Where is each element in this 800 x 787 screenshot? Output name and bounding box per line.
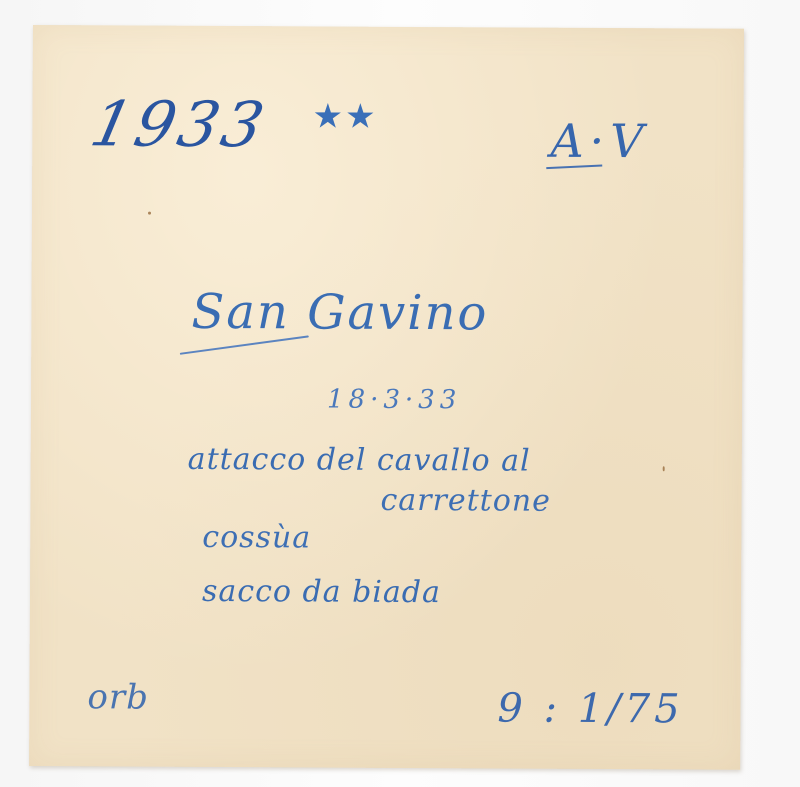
scan-background: 1933 ★★ A·V San Gavino 18·3·33 attacco d…: [0, 0, 800, 787]
initials: A·V: [550, 114, 649, 169]
code-left: orb: [87, 677, 149, 717]
paper-speck: [148, 212, 151, 215]
year-heading: 1933: [85, 87, 275, 161]
place-name: San Gavino: [191, 284, 488, 342]
description-line-2: carrettone: [380, 483, 551, 519]
index-card: 1933 ★★ A·V San Gavino 18·3·33 attacco d…: [29, 25, 744, 770]
description-line-1: attacco del cavallo al: [188, 442, 531, 479]
catalog-number: 9 : 1/75: [497, 685, 683, 732]
star-marks-icon: ★★: [312, 96, 377, 136]
date: 18·3·33: [327, 385, 461, 416]
description-line-4: sacco da biada: [202, 574, 441, 610]
description-line-3: cossùa: [202, 520, 311, 556]
paper-speck: [663, 466, 665, 471]
